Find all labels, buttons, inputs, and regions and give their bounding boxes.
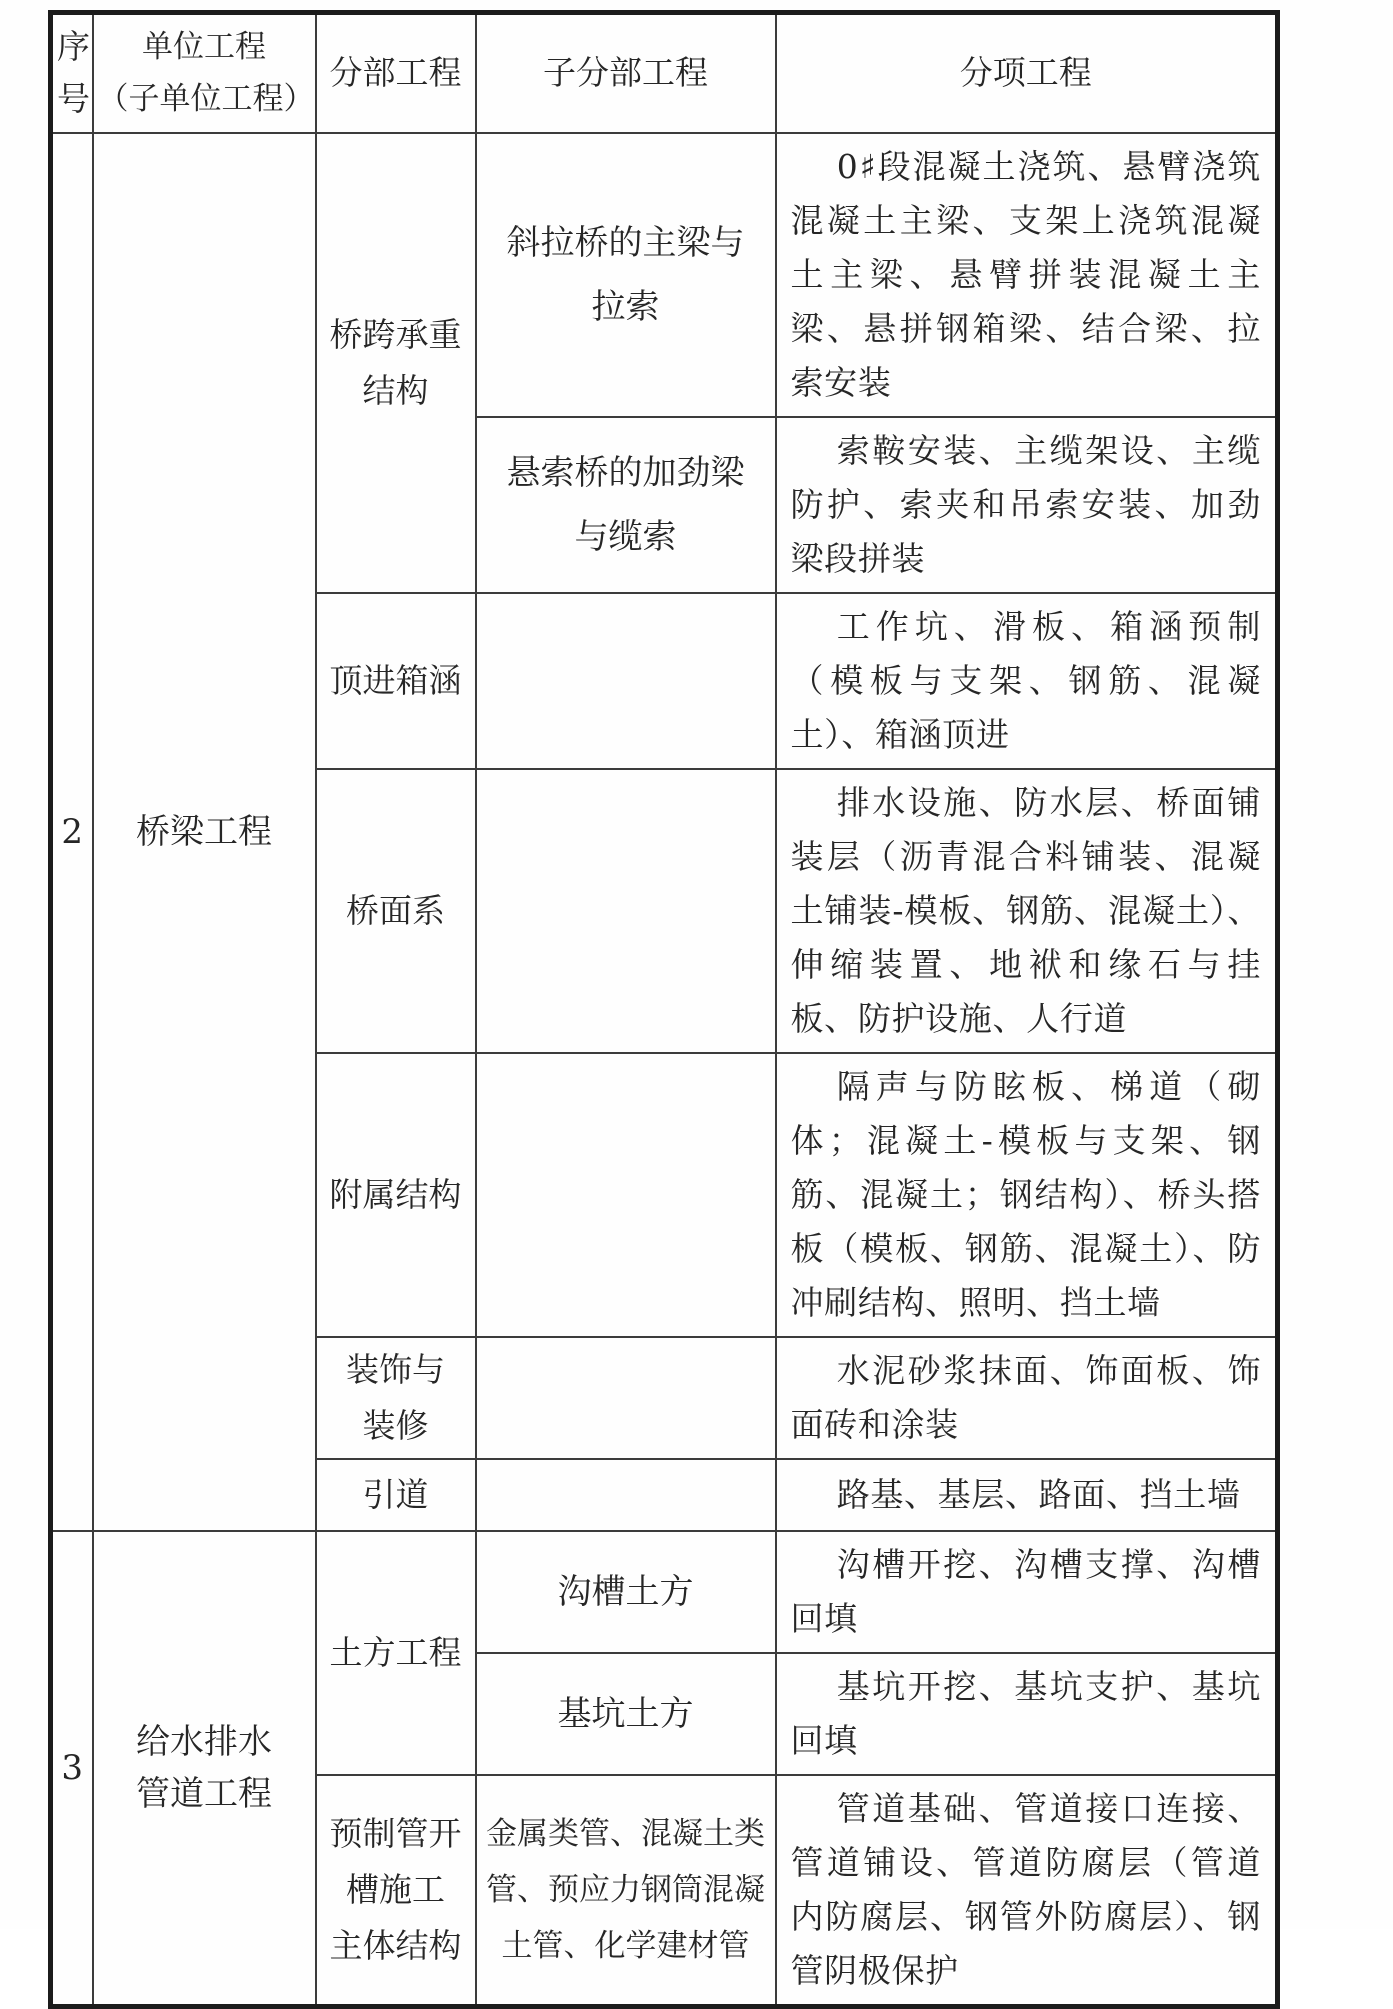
cell-subdivision: 悬索桥的加劲梁 与缆索 [476, 417, 776, 593]
header-row: 序 号 单位工程 （子单位工程） 分部工程 子分部工程 分项工程 [51, 13, 1278, 133]
cell-unit-name: 桥梁工程 [93, 133, 316, 1531]
engineering-classification-table: 序 号 单位工程 （子单位工程） 分部工程 子分部工程 分项工程 2 桥梁工程 … [48, 10, 1280, 2009]
cell-subdivision: 斜拉桥的主梁与 拉索 [476, 133, 776, 417]
cell-items: 索鞍安装、主缆架设、主缆防护、索夹和吊索安装、加劲梁段拼装 [776, 417, 1278, 593]
cell-items: 0♯段混凝土浇筑、悬臂浇筑混凝土主梁、支架上浇筑混凝土主梁、悬臂拼装混凝土主梁、… [776, 133, 1278, 417]
cell-division: 桥跨承重 结构 [316, 133, 476, 593]
cell-subdivision [476, 769, 776, 1053]
header-serial-no: 序 号 [51, 13, 93, 133]
cell-items: 工作坑、滑板、箱涵预制（模板与支架、钢筋、混凝土）、箱涵顶进 [776, 593, 1278, 769]
cell-items: 水泥砂浆抹面、饰面板、饰面砖和涂装 [776, 1337, 1278, 1459]
header-subdivision-project: 子分部工程 [476, 13, 776, 133]
header-item-project: 分项工程 [776, 13, 1278, 133]
cell-subdivision [476, 1053, 776, 1337]
table-row: 3 给水排水 管道工程 土方工程 沟槽土方 沟槽开挖、沟槽支撑、沟槽回填 [51, 1531, 1278, 1653]
cell-items: 沟槽开挖、沟槽支撑、沟槽回填 [776, 1531, 1278, 1653]
cell-items: 排水设施、防水层、桥面铺装层（沥青混合料铺装、混凝土铺装-模板、钢筋、混凝土）、… [776, 769, 1278, 1053]
cell-division: 桥面系 [316, 769, 476, 1053]
cell-division: 装饰与 装修 [316, 1337, 476, 1459]
cell-division: 引道 [316, 1459, 476, 1531]
cell-items: 基坑开挖、基坑支护、基坑回填 [776, 1653, 1278, 1775]
cell-subdivision [476, 593, 776, 769]
cell-subdivision: 金属类管、混凝土类 管、预应力钢筒混凝 土管、化学建材管 [476, 1775, 776, 2007]
cell-items: 管道基础、管道接口连接、管道铺设、管道防腐层（管道内防腐层、钢管外防腐层）、钢管… [776, 1775, 1278, 2007]
cell-subdivision: 基坑土方 [476, 1653, 776, 1775]
cell-serial-no: 3 [51, 1531, 93, 2007]
cell-items: 路基、基层、路面、挡土墙 [776, 1459, 1278, 1531]
header-unit-project: 单位工程 （子单位工程） [93, 13, 316, 133]
cell-subdivision: 沟槽土方 [476, 1531, 776, 1653]
cell-unit-name: 给水排水 管道工程 [93, 1531, 316, 2007]
table-row: 2 桥梁工程 桥跨承重 结构 斜拉桥的主梁与 拉索 0♯段混凝土浇筑、悬臂浇筑混… [51, 133, 1278, 417]
cell-division: 顶进箱涵 [316, 593, 476, 769]
cell-division: 预制管开 槽施工 主体结构 [316, 1775, 476, 2007]
header-division-project: 分部工程 [316, 13, 476, 133]
cell-division: 附属结构 [316, 1053, 476, 1337]
cell-division: 土方工程 [316, 1531, 476, 1775]
cell-subdivision [476, 1337, 776, 1459]
scanned-document-page: 序 号 单位工程 （子单位工程） 分部工程 子分部工程 分项工程 2 桥梁工程 … [0, 0, 1393, 1929]
cell-serial-no: 2 [51, 133, 93, 1531]
cell-items: 隔声与防眩板、梯道（砌体；混凝土-模板与支架、钢筋、混凝土；钢结构）、桥头搭板（… [776, 1053, 1278, 1337]
cell-subdivision [476, 1459, 776, 1531]
